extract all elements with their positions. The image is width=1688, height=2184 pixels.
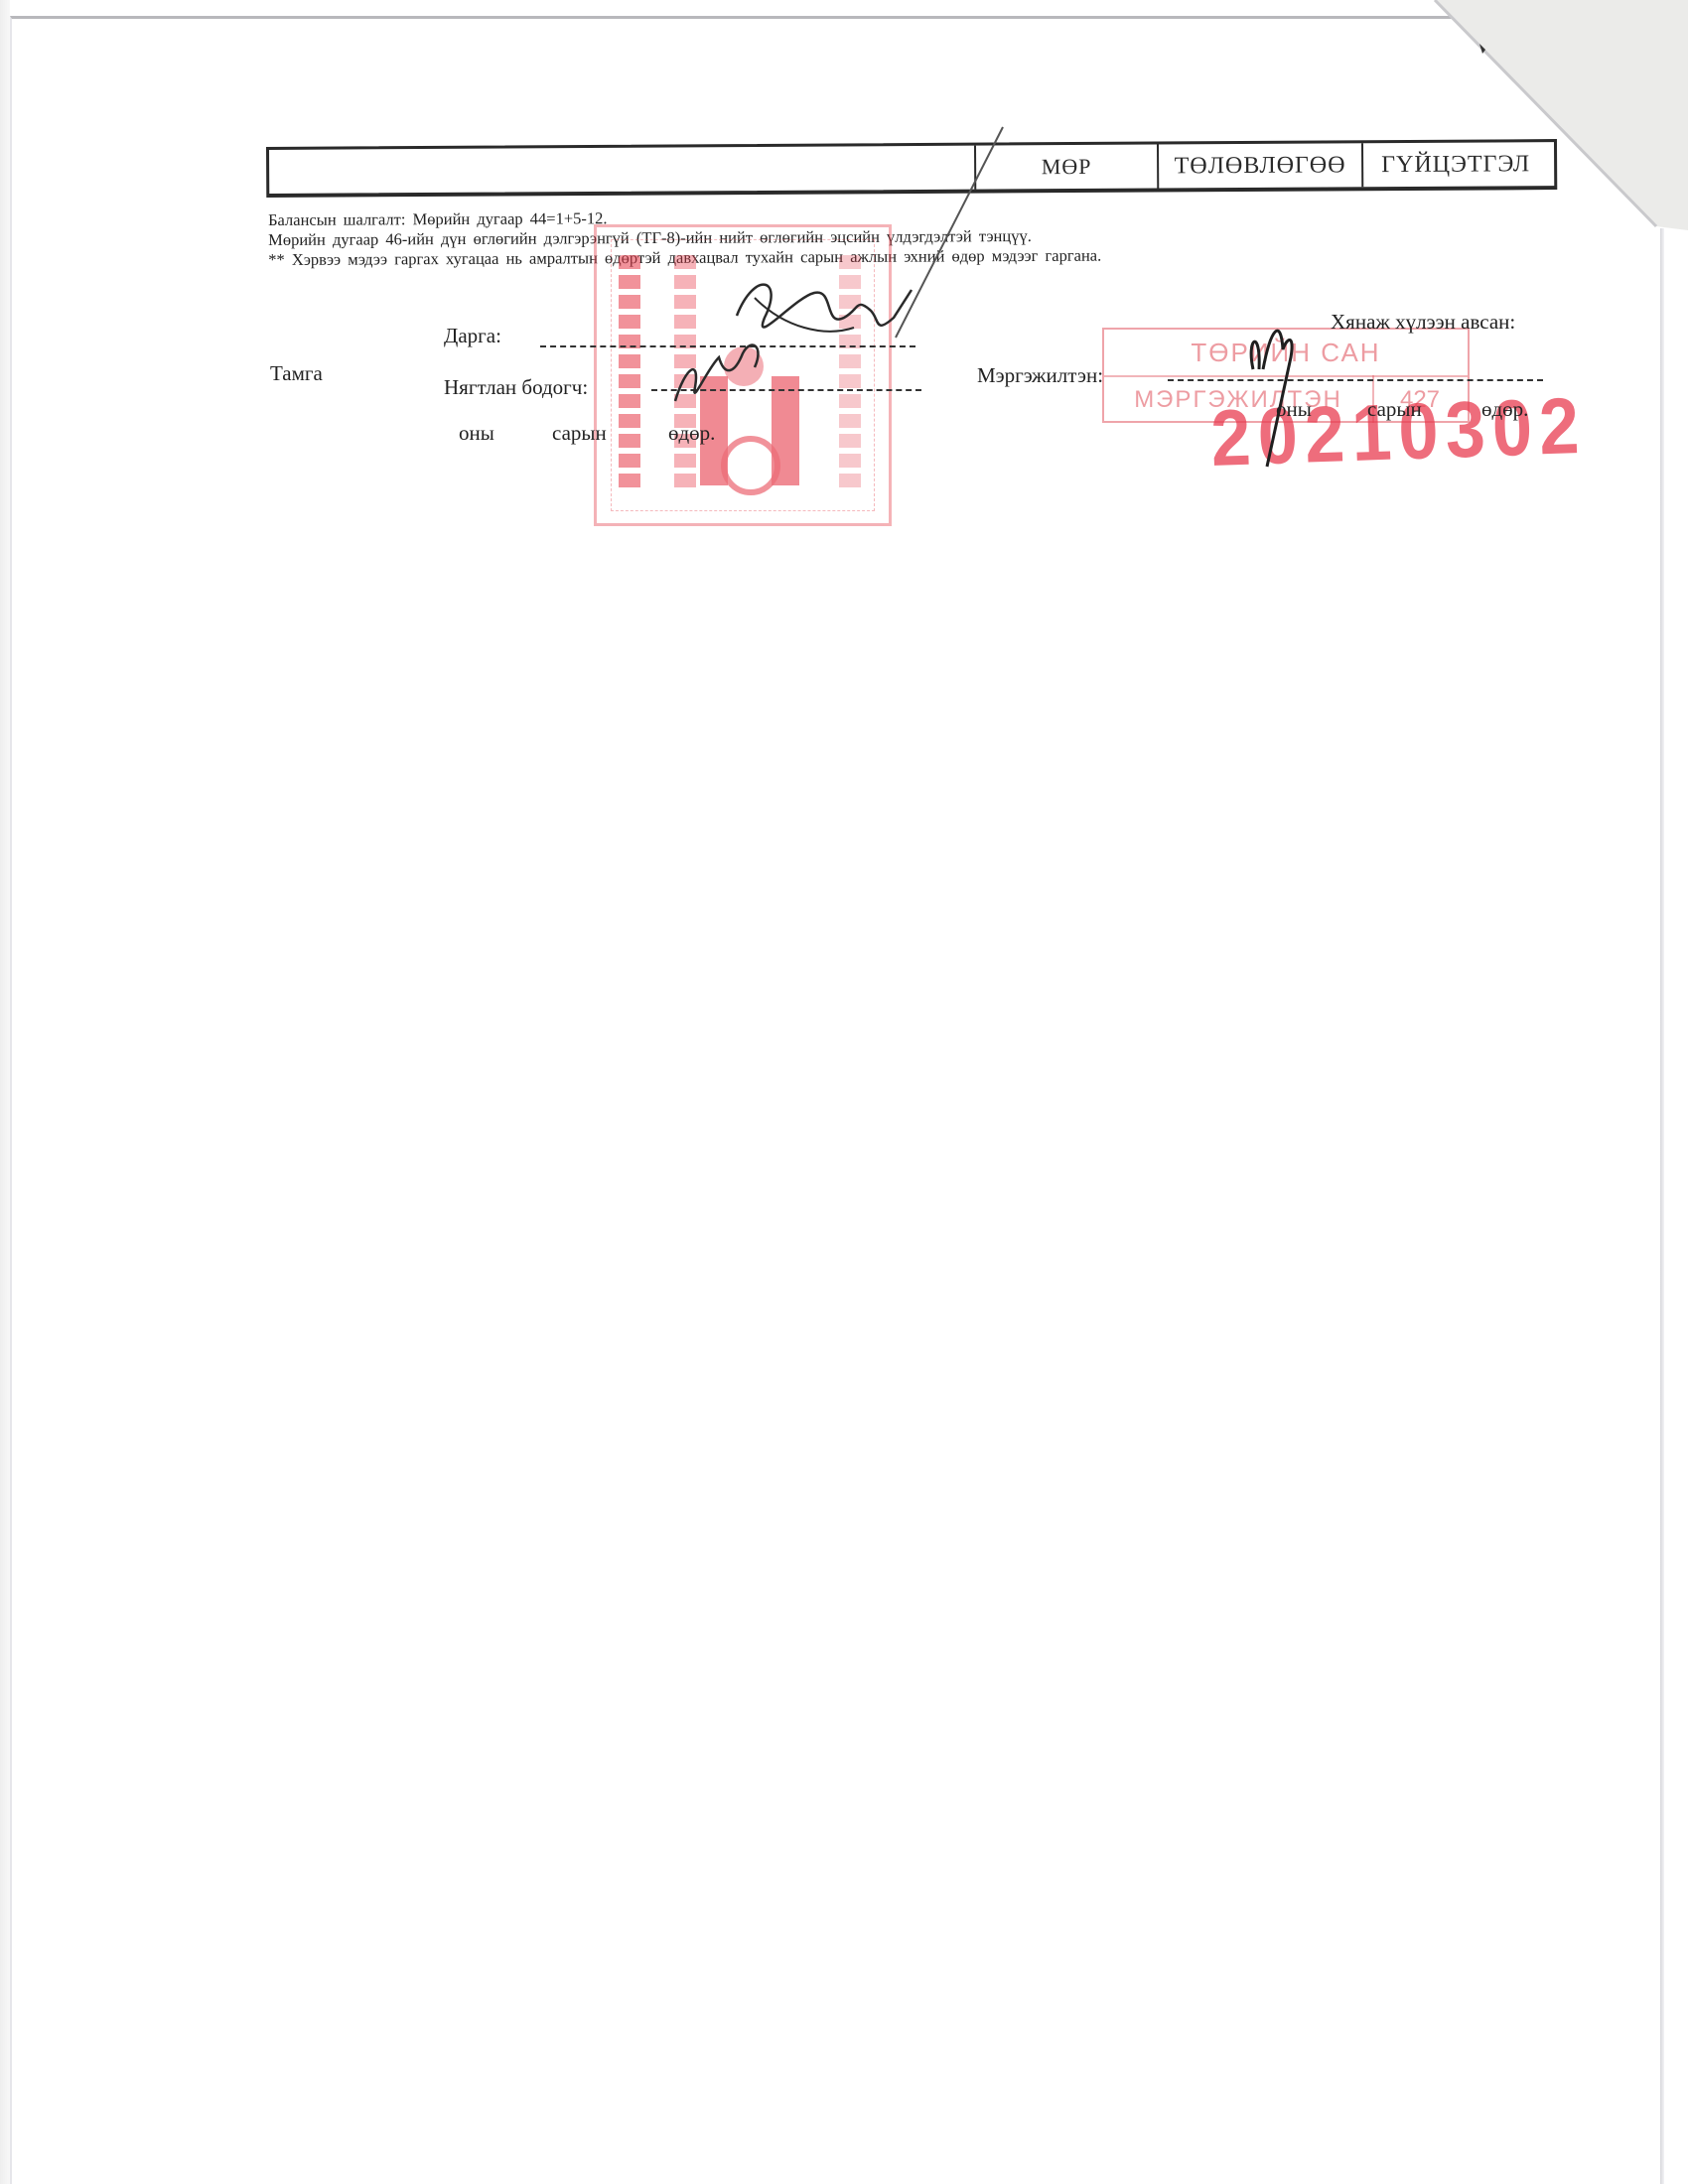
handwritten-signatures bbox=[0, 0, 1688, 596]
